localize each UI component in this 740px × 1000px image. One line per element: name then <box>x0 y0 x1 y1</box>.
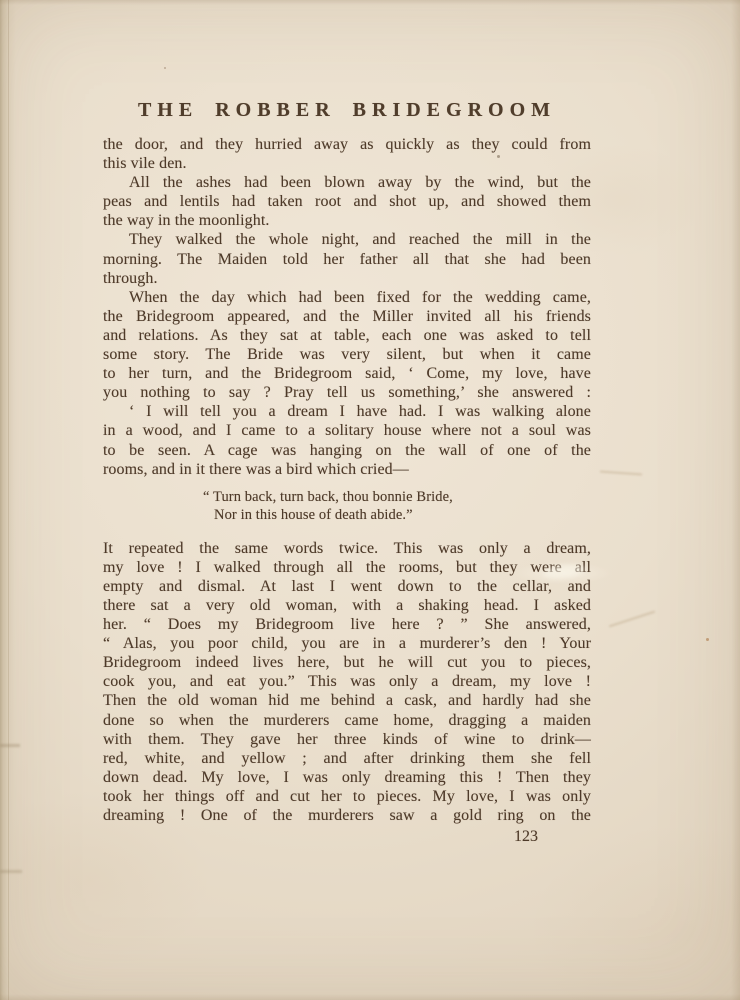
paper-speck <box>497 155 500 158</box>
text-line: morning. The Maiden told her father all … <box>103 250 591 269</box>
running-header: THE ROBBER BRIDEGROOM <box>103 99 591 122</box>
text-line: All the ashes had been blown away by the… <box>103 173 591 192</box>
text-block: THE ROBBER BRIDEGROOM the door, and they… <box>103 99 591 825</box>
text-line: you nothing to say ? Pray tell us someth… <box>103 383 591 402</box>
page-left-crease <box>8 0 9 1000</box>
text-line: peas and lentils had taken root and shot… <box>103 192 591 211</box>
text-line: They walked the whole night, and reached… <box>103 230 591 249</box>
text-line: took her things off and cut her to piece… <box>103 787 591 806</box>
verse-line: Nor in this house of death abide.” <box>214 506 591 525</box>
text-line: this vile den. <box>103 154 591 173</box>
page-right-edge <box>731 0 740 1000</box>
verse-line: “ Turn back, turn back, thou bonnie Brid… <box>203 488 591 507</box>
page-top-edge <box>0 0 740 5</box>
book-page-scan: { "colors": { "paper": "#eadfcd", "paper… <box>0 0 740 1000</box>
text-line: in a wood, and I came to a solitary hous… <box>103 421 591 440</box>
paper-speck <box>706 638 709 641</box>
paper-crease-mark <box>0 870 22 873</box>
paper-crease-mark <box>0 744 20 747</box>
text-line: Bridegroom indeed lives here, but he wil… <box>103 653 591 672</box>
text-line: the way in the moonlight. <box>103 211 591 230</box>
text-line: the door, and they hurried away as quick… <box>103 135 591 154</box>
text-line: to her turn, and the Bridegroom said, ‘ … <box>103 364 591 383</box>
text-line: my love ! I walked through all the rooms… <box>103 558 591 577</box>
text-line: her. “ Does my Bridegroom live here ? ” … <box>103 615 591 634</box>
text-line: dreaming ! One of the murderers saw a go… <box>103 806 591 825</box>
text-line: Then the old woman hid me behind a cask,… <box>103 691 591 710</box>
page-number: 123 <box>514 828 538 846</box>
body-text: the door, and they hurried away as quick… <box>103 135 591 825</box>
text-line: When the day which had been fixed for th… <box>103 288 591 307</box>
text-line: rooms, and in it there was a bird which … <box>103 460 591 479</box>
text-line: cook you, and eat you.” This was only a … <box>103 672 591 691</box>
text-line: and relations. As they sat at table, eac… <box>103 326 591 345</box>
text-line: with them. They gave her three kinds of … <box>103 730 591 749</box>
text-line: empty and dismal. At last I went down to… <box>103 577 591 596</box>
paper-scratch <box>600 471 642 476</box>
paper-scratch <box>609 611 655 628</box>
text-line: some story. The Bride was very silent, b… <box>103 345 591 364</box>
text-line: It repeated the same words twice. This w… <box>103 539 591 558</box>
page-bottom-edge <box>0 994 740 1000</box>
text-line: “ Alas, you poor child, you are in a mur… <box>103 634 591 653</box>
text-line: ‘ I will tell you a dream I have had. I … <box>103 402 591 421</box>
text-line: the Bridegroom appeared, and the Miller … <box>103 307 591 326</box>
text-line: to be seen. A cage was hanging on the wa… <box>103 441 591 460</box>
text-line: red, white, and yellow ; and after drink… <box>103 749 591 768</box>
text-line: down dead. My love, I was only dreaming … <box>103 768 591 787</box>
text-line: done so when the murderers came home, dr… <box>103 711 591 730</box>
text-line: through. <box>103 269 591 288</box>
verse-block: “ Turn back, turn back, thou bonnie Brid… <box>203 488 591 525</box>
text-line: there sat a very old woman, with a shaki… <box>103 596 591 615</box>
paper-speck <box>164 67 166 69</box>
